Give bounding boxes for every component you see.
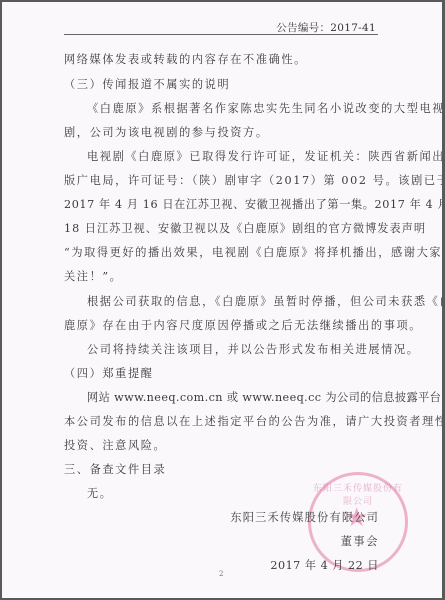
document-page: 公告编号：2017-41 网络媒体发表或转载的内容存在不准确性。 （三）传闻报道… — [2, 2, 442, 598]
announcement-number: 公告编号：2017-41 — [276, 20, 376, 35]
section-heading-attachments: 三、备查文件目录 — [64, 461, 382, 477]
text-line: 本公司发布的信息以在上述指定平台的公告为准，请广大投资者理性 — [64, 413, 382, 429]
section-heading-4: （四）郑重提醒 — [64, 365, 382, 381]
text-line: 电视剧《白鹿原》已取得发行许可证，发证机关：陕西省新闻出 — [87, 148, 383, 164]
text-line: 2017 年 4 月 16 日在江苏卫视、安徽卫视播出了第一集。2017 年 4… — [64, 196, 382, 212]
text-line: 《白鹿原》系根据著名作家陈忠实先生同名小说改变的大型电视 — [87, 100, 383, 116]
text-line: 版广电局，许可证号：（陕）剧审字（2017）第 002 号。该剧已于 — [64, 172, 382, 188]
signature-board: 董事会 — [341, 533, 379, 549]
section-heading-3: （三）传闻报道不属实的说明 — [64, 76, 382, 92]
page-number: 2 — [219, 570, 223, 578]
text-line: “为取得更好的播出效果，电视剧《白鹿原》将择机播出，感谢大家 — [64, 244, 382, 260]
header-divider — [64, 34, 378, 35]
text-line: 鹿原》存在由于内容尺度原因停播或之后无法继续播出的事项。 — [64, 317, 382, 333]
text-line: 关注！”。 — [64, 268, 382, 284]
signature-date: 2017 年 4 月 22 日 — [270, 557, 379, 573]
text-line: 网络媒体发表或转载的内容存在不准确性。 — [64, 51, 382, 67]
text-line: 18 日江苏卫视、安徽卫视以及《白鹿原》剧组的官方微博发表声明 — [64, 220, 382, 236]
text-line: 根据公司获取的信息，《白鹿原》虽暂时停播，但公司未获悉《白 — [87, 293, 383, 309]
text-line: 网站 www.neeq.com.cn 或 www.neeq.cc 为公司的信息披… — [87, 389, 383, 405]
text-line: 投资、注意风险。 — [64, 437, 382, 453]
text-line: 剧，公司为该电视剧的参与投资方。 — [64, 124, 382, 140]
text-line: 公司将持续关注该项目，并以公告形式发布相关进展情况。 — [87, 341, 383, 357]
signature-company: 东阳三禾传媒股份有限公司 — [230, 509, 379, 525]
